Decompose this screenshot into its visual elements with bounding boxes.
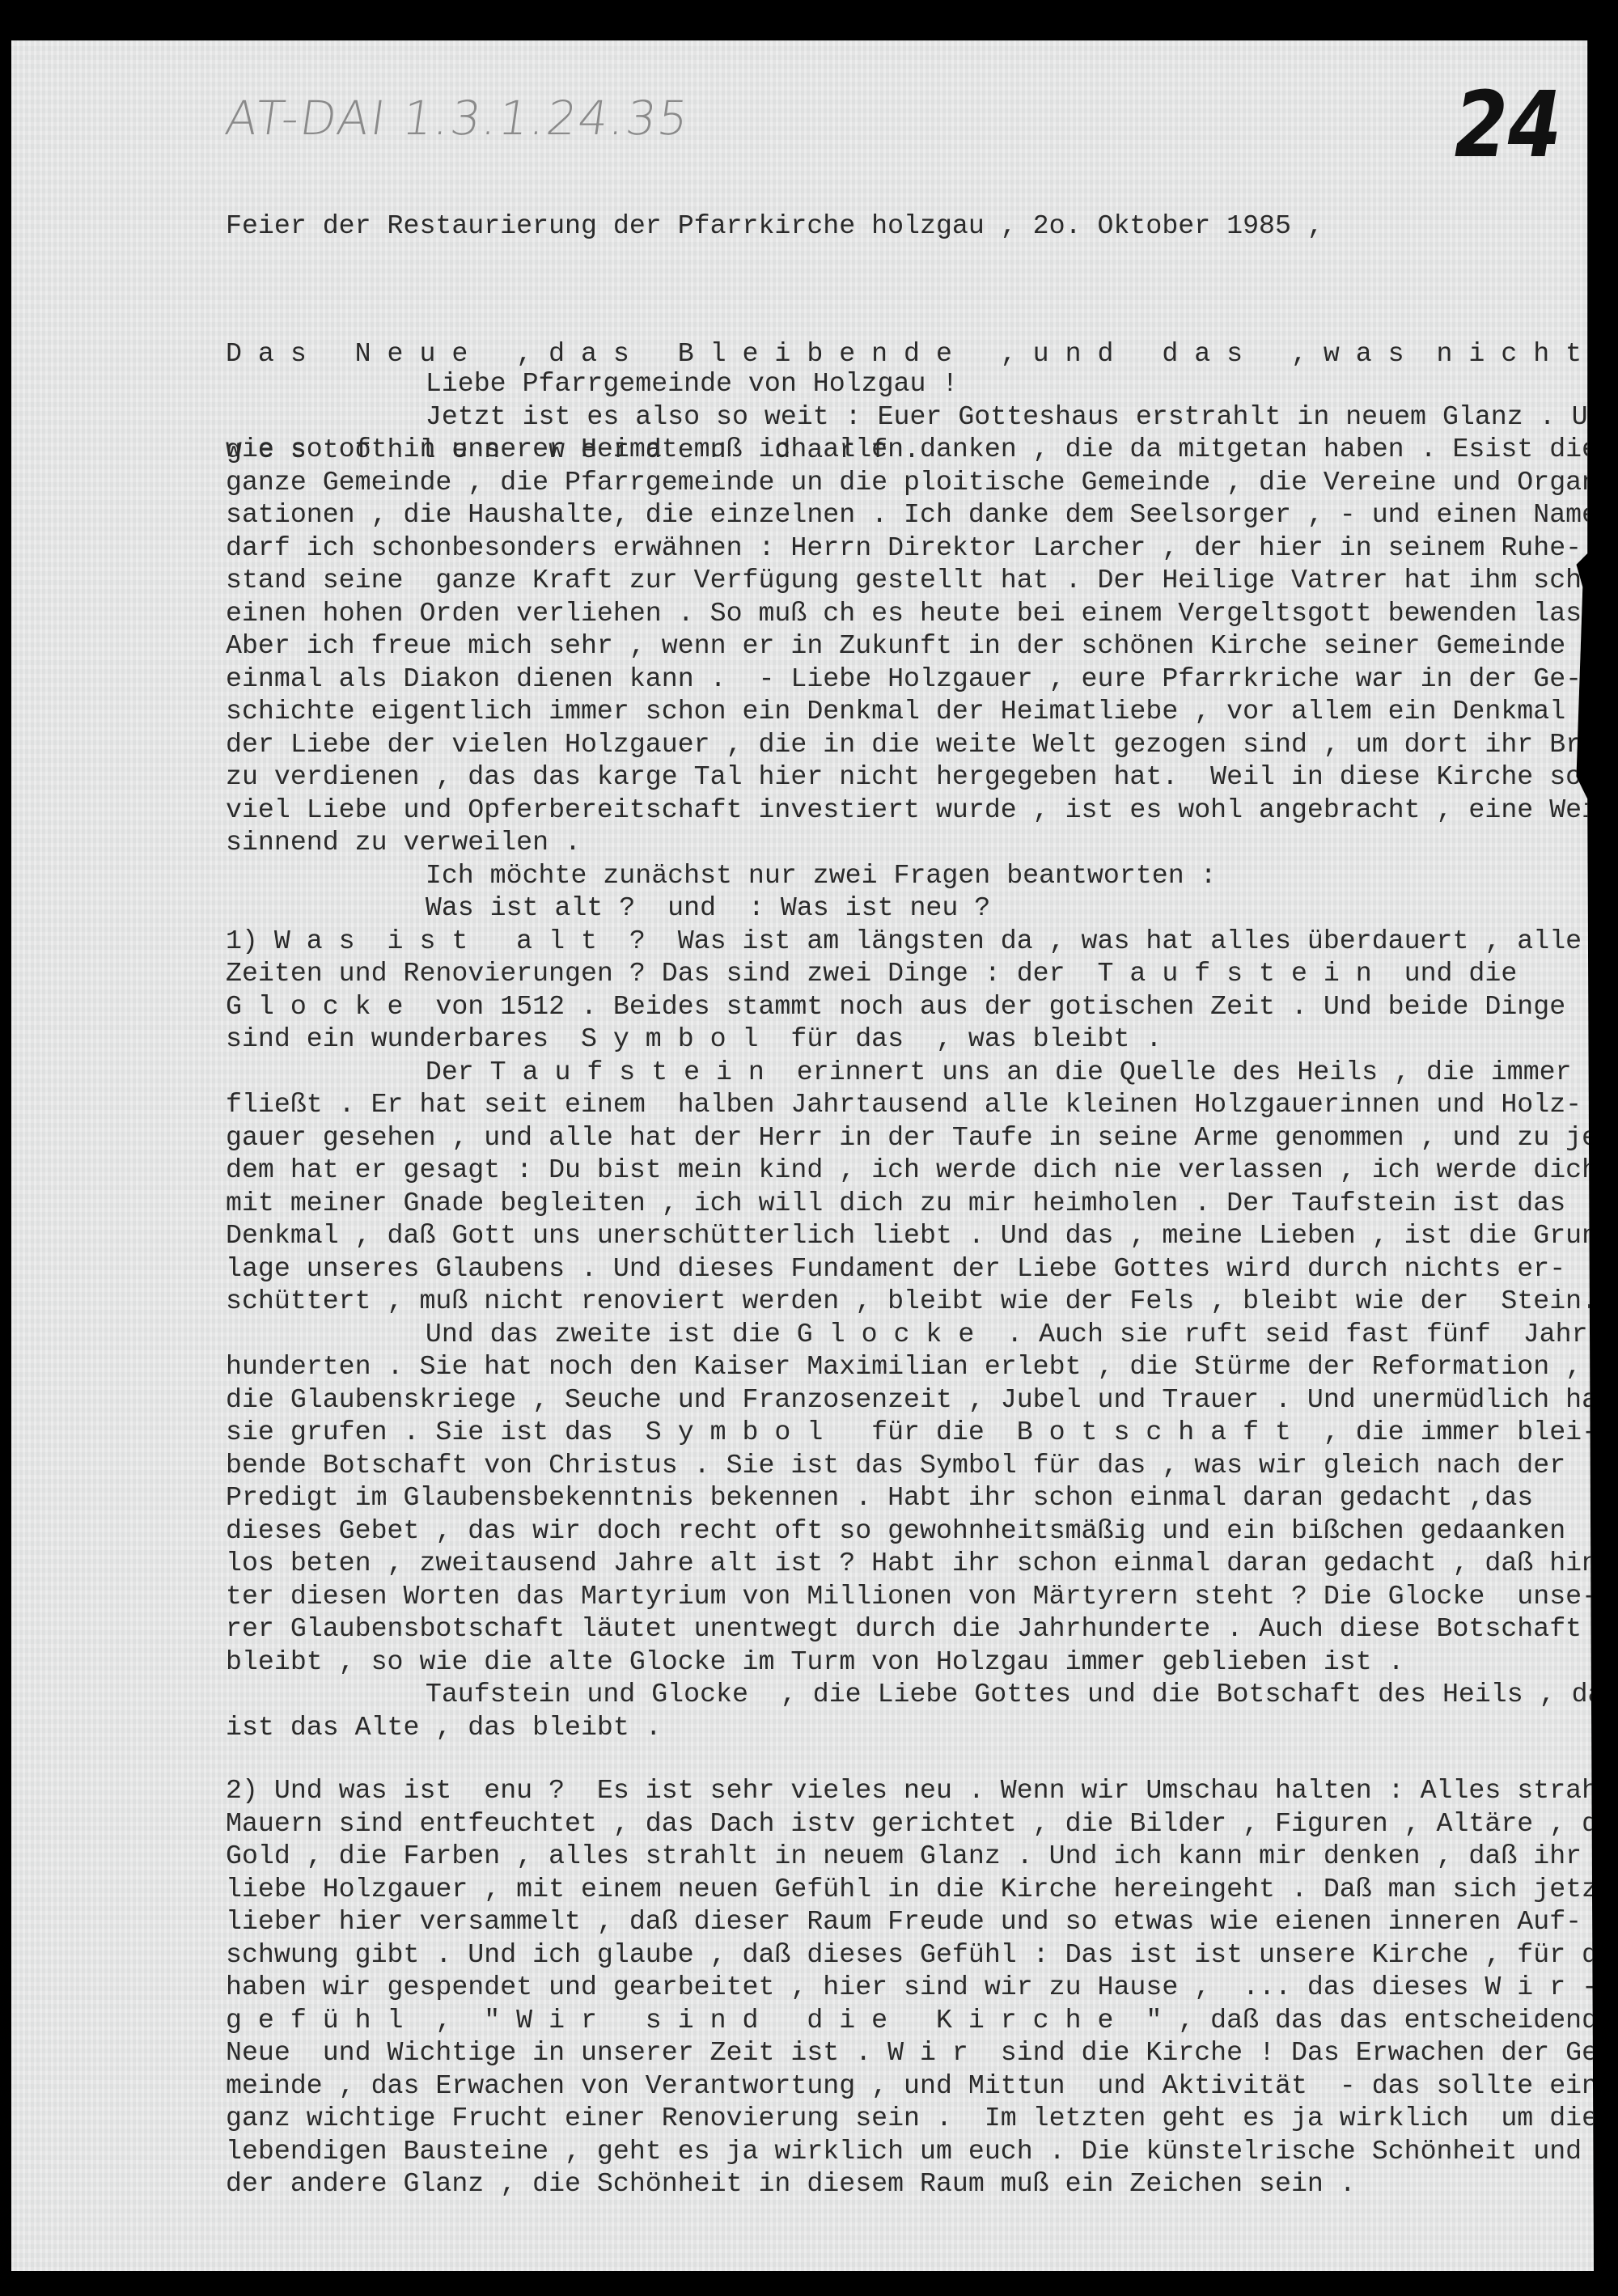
subtitle-line: D a s N e u e , d a s B l e i b e n d e …: [226, 338, 1582, 371]
body-line: sie grufen . Sie ist das S y m b o l für…: [226, 1417, 1618, 1450]
body-line: ter diesen Worten das Martyrium von Mill…: [226, 1581, 1618, 1614]
body-line: Predigt im Glaubensbekenntnis bekennen .…: [226, 1482, 1618, 1515]
body-line: Denkmal , daß Gott uns unerschütterlich …: [226, 1220, 1618, 1253]
body-line: mit meiner Gnade begleiten , ich will di…: [226, 1188, 1618, 1221]
document-body: Liebe Pfarrgemeinde von Holzgau !Jetzt i…: [226, 368, 1618, 2201]
body-line: fließt . Er hat seit einem halben Jahrta…: [226, 1089, 1618, 1122]
body-line: 1) W a s i s t a l t ? Was ist am längst…: [226, 926, 1618, 959]
body-line: ist das Alte , das bleibt .: [226, 1712, 1618, 1745]
body-line: darf ich schonbesonders erwähnen : Herrn…: [226, 532, 1618, 566]
body-line: viel Liebe und Opferbereitschaft investi…: [226, 794, 1618, 828]
body-line: der andere Glanz , die Schönheit in dies…: [226, 2168, 1618, 2201]
body-line: g e f ü h l , " W i r s i n d d i e K i …: [226, 2005, 1618, 2038]
page-number: 24: [1455, 73, 1561, 178]
body-line: schichte eigentlich immer schon ein Denk…: [226, 696, 1618, 729]
body-line: Jetzt ist es also so weit : Euer Gottesh…: [226, 401, 1618, 434]
body-line: die Glaubenskriege , Seuche und Franzose…: [226, 1384, 1618, 1417]
body-line: einen hohen Orden verliehen . So muß ch …: [226, 598, 1618, 631]
body-line: wie so oft in unserer Heimat muß ich all…: [226, 434, 1618, 467]
body-line: Mauern sind entfeuchtet , das Dach istv …: [226, 1808, 1618, 1841]
body-line: rer Glaubensbotschaft läutet unentwegt d…: [226, 1613, 1618, 1646]
body-line: einmal als Diakon dienen kann . - Liebe …: [226, 663, 1618, 697]
body-line: hunderten . Sie hat noch den Kaiser Maxi…: [226, 1351, 1618, 1384]
body-line: der Liebe der vielen Holzgauer , die in …: [226, 729, 1618, 762]
body-line: sind ein wunderbares S y m b o l für das…: [226, 1023, 1618, 1057]
archive-reference: AT-DAI 1.3.1.24.35: [222, 91, 693, 146]
body-line: Was ist alt ? und : Was ist neu ?: [226, 892, 1618, 926]
body-line: schüttert , muß nicht renoviert werden ,…: [226, 1286, 1618, 1319]
body-line: lieber hier versammelt , daß dieser Raum…: [226, 1906, 1618, 1939]
body-line: sinnend zu verweilen .: [226, 827, 1618, 860]
body-line: Liebe Pfarrgemeinde von Holzgau !: [226, 368, 1618, 401]
body-line: 2) Und was ist enu ? Es ist sehr vieles …: [226, 1775, 1618, 1808]
document-page: AT-DAI 1.3.1.24.35 24 Feier der Restauri…: [11, 40, 1594, 2271]
body-line: lebendigen Bausteine , geht es ja wirkli…: [226, 2136, 1618, 2169]
body-line: los beten , zweitausend Jahre alt ist ? …: [226, 1548, 1618, 1581]
body-line: G l o c k e von 1512 . Beides stammt noc…: [226, 991, 1618, 1024]
body-line: Ich möchte zunächst nur zwei Fragen bean…: [226, 860, 1618, 893]
body-line: Taufstein und Glocke , die Liebe Gottes …: [226, 1679, 1618, 1712]
body-line: Aber ich freue mich sehr , wenn er in Zu…: [226, 630, 1618, 663]
body-line: dem hat er gesagt : Du bist mein kind , …: [226, 1154, 1618, 1188]
body-line: [226, 1744, 1618, 1775]
body-line: sationen , die Haushalte, die einzelnen …: [226, 499, 1618, 532]
body-line: gauer gesehen , und alle hat der Herr in…: [226, 1122, 1618, 1155]
body-line: Gold , die Farben , alles strahlt in neu…: [226, 1841, 1618, 1874]
body-line: bende Botschaft von Christus . Sie ist d…: [226, 1450, 1618, 1483]
body-line: ganz wichtige Frucht einer Renovierung s…: [226, 2103, 1618, 2136]
body-line: Zeiten und Renovierungen ? Das sind zwei…: [226, 958, 1618, 991]
body-line: dieses Gebet , das wir doch recht oft so…: [226, 1515, 1618, 1548]
body-line: schwung gibt . Und ich glaube , daß dies…: [226, 1939, 1618, 1972]
body-line: stand seine ganze Kraft zur Verfügung ge…: [226, 565, 1618, 598]
body-line: haben wir gespendet und gearbeitet , hie…: [226, 1972, 1618, 2005]
body-line: Der T a u f s t e i n erinnert uns an di…: [226, 1057, 1618, 1090]
body-line: bleibt , so wie die alte Glocke im Turm …: [226, 1646, 1618, 1680]
document-heading: Feier der Restaurierung der Pfarrkirche …: [226, 210, 1324, 244]
body-line: meinde , das Erwachen von Verantwortung …: [226, 2070, 1618, 2103]
body-line: ganze Gemeinde , die Pfarrgemeinde un di…: [226, 467, 1618, 500]
body-line: Und das zweite ist die G l o c k e . Auc…: [226, 1319, 1618, 1352]
body-line: lage unseres Glaubens . Und dieses Funda…: [226, 1253, 1618, 1286]
body-line: liebe Holzgauer , mit einem neuen Gefühl…: [226, 1874, 1618, 1907]
body-line: zu verdienen , das das karge Tal hier ni…: [226, 761, 1618, 794]
body-line: Neue und Wichtige in unserer Zeit ist . …: [226, 2037, 1618, 2070]
